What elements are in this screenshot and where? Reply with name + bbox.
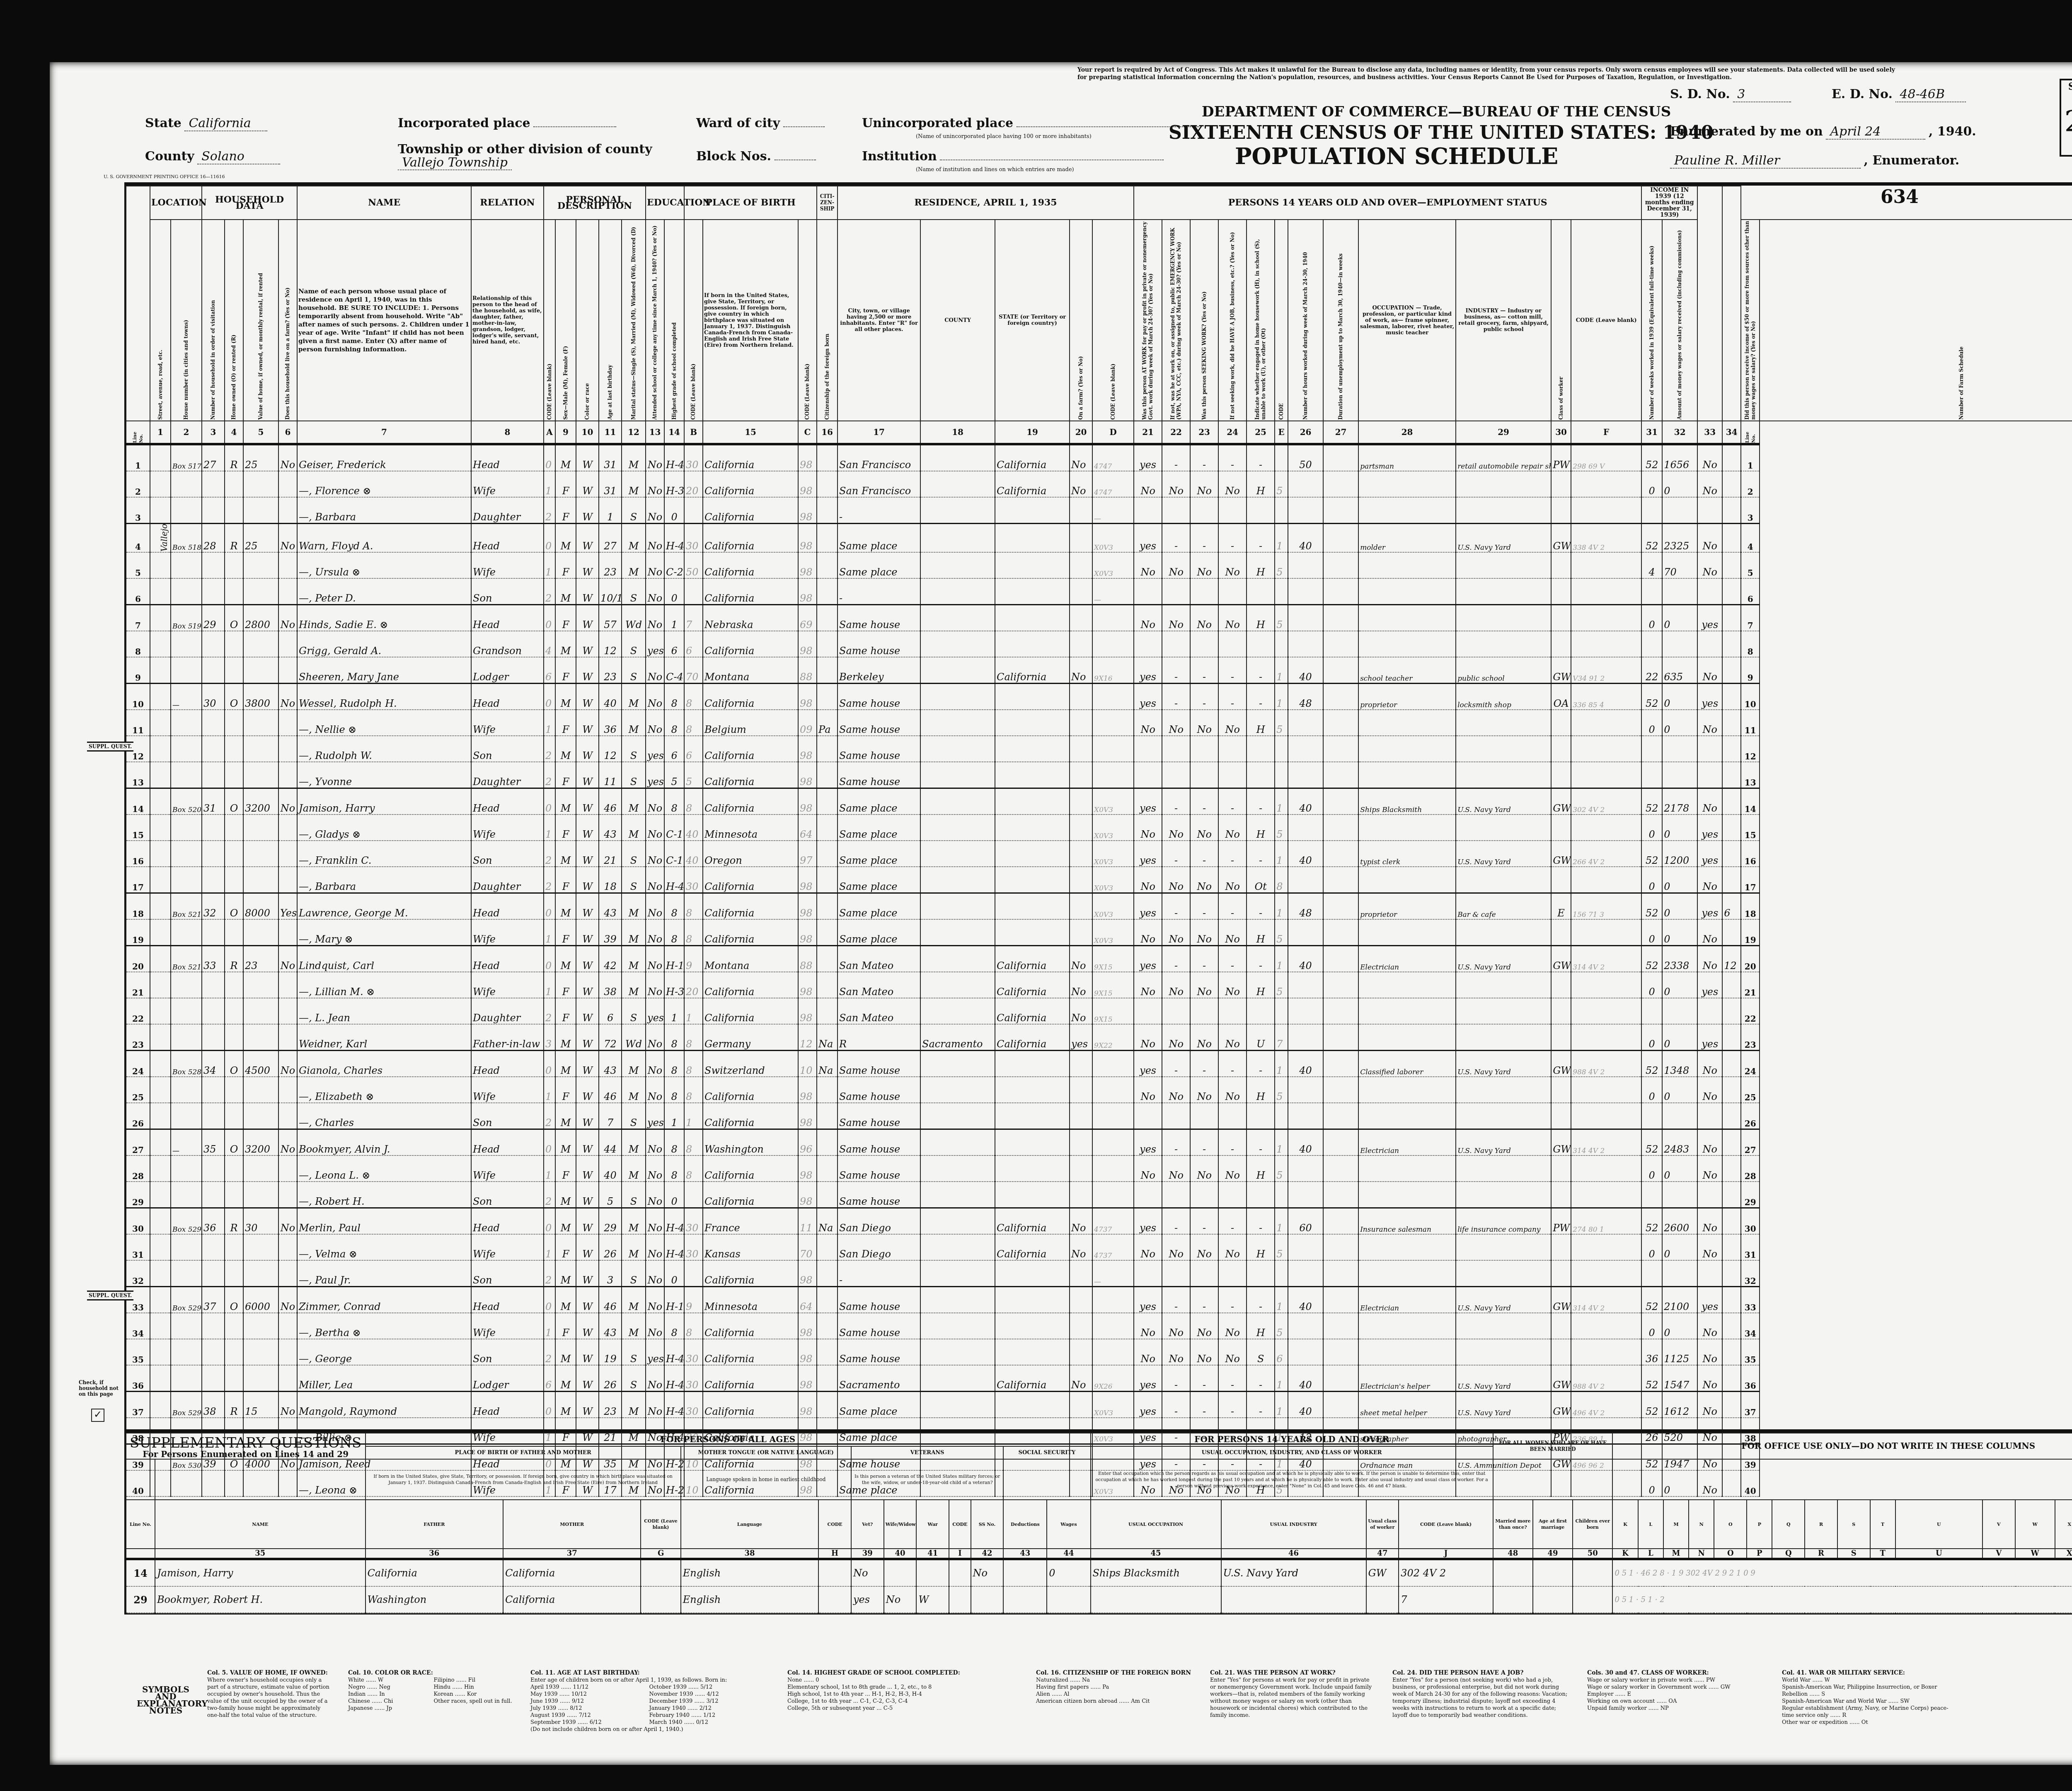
occupation [1358,1182,1456,1208]
person-name: Sheeren, Mary Jane [297,657,471,684]
home-value [243,1339,278,1365]
table-row: 16—, Franklin C.Son2MW21SNoC-140Oregon97… [126,841,2072,867]
industry: U.S. Navy Yard [1456,788,1551,815]
activity: - [1247,444,1275,471]
grade-completed: 1 [664,1103,684,1129]
street-cell [150,471,171,497]
block-field: Block Nos. [696,149,816,164]
house-number [171,841,202,867]
occupation [1358,1024,1456,1051]
column-number: 24 [1218,421,1247,444]
supp-column-label: NAME [155,1500,366,1549]
relation: Head [471,444,544,471]
has-job [1218,497,1247,524]
wages: 0 [1662,867,1697,893]
seeking-work [1190,1182,1218,1208]
race: W [576,1260,599,1287]
sex: F [555,605,576,631]
supp-m49 [1533,1586,1573,1613]
activity: H [1247,1313,1275,1339]
industry [1456,1155,1551,1182]
industry: locksmith shop [1456,684,1551,710]
hours-worked [1288,972,1323,998]
line-number: 23 [126,1024,150,1051]
line-number: 19 [1741,919,1760,946]
residence-1935-city: Sacramento [838,1365,920,1392]
birthplace: California [703,1103,798,1129]
home-value [243,1182,278,1208]
residence-1935-state: California [995,1365,1070,1392]
at-work: No [1134,1024,1162,1051]
residence-on-farm [1070,736,1092,762]
code-e [1275,1260,1288,1287]
column-desc: If not seeking work, did he HAVE A JOB, … [1218,220,1247,421]
citizenship [817,1234,838,1260]
code-c: 98 [798,1339,817,1365]
unemployment-duration [1323,524,1358,553]
farm-schedule [1722,1155,1741,1182]
citizenship [817,1287,838,1313]
has-job: - [1218,444,1247,471]
code-c: 98 [798,736,817,762]
has-job: No [1218,919,1247,946]
seeking-work: - [1190,1365,1218,1392]
unemployment-duration [1323,1313,1358,1339]
line-number: 1 [1741,444,1760,471]
seeking-work: No [1190,471,1218,497]
house-number [171,1313,202,1339]
class-of-worker: GW [1551,788,1571,815]
emergency-work: - [1162,1129,1190,1156]
code-a: 1 [544,1313,555,1339]
supp-column-label: Married more than once? [1493,1500,1533,1549]
has-job: - [1218,657,1247,684]
has-job: No [1218,552,1247,578]
seeking-work [1190,736,1218,762]
note-item: Unpaid family worker ...... NP [1587,1705,1761,1712]
marital-status: M [622,471,646,497]
farm-schedule [1722,919,1741,946]
table-row: 18Box 52132O8000YesLawrence, George M.He… [126,893,2072,920]
class-of-worker [1551,1234,1571,1260]
race: W [576,946,599,972]
line-number: 23 [1741,1024,1760,1051]
household-number: 34 [202,1051,225,1077]
code-f [1571,1260,1641,1287]
citizenship [817,1365,838,1392]
seeking-work: - [1190,524,1218,553]
activity: - [1247,524,1275,553]
column-desc: CODE [1275,220,1288,421]
residence-1935-county [920,1234,995,1260]
supp-column-label: USUAL OCCUPATION [1091,1500,1221,1549]
street-cell [150,1234,171,1260]
code-a: 4 [544,631,555,657]
column-number: F [1571,421,1641,444]
code-f [1571,1155,1641,1182]
department-title: DEPARTMENT OF COMMERCE—BUREAU OF THE CEN… [1202,104,1671,120]
residence-1935-state [995,684,1070,710]
home-owned-rented: R [225,1208,243,1235]
marital-status: M [622,684,646,710]
code-f [1571,631,1641,657]
school-attendance: No [646,552,664,578]
industry: U.S. Navy Yard [1456,1129,1551,1156]
person-name: Merlin, Paul [297,1208,471,1235]
marital-status: S [622,1339,646,1365]
birthplace: California [703,1260,798,1287]
home-value: 3200 [243,1129,278,1156]
age: 6 [599,998,622,1024]
occupation: Insurance salesman [1358,1208,1456,1235]
supp-column-number: V [1982,1549,2015,1559]
code-a: 0 [544,524,555,553]
unemployment-duration [1323,710,1358,736]
relation: Head [471,946,544,972]
code-c: 98 [798,471,817,497]
industry [1456,972,1551,998]
citizenship [817,497,838,524]
code-c: 98 [798,762,817,788]
column-number: 5 [243,421,278,444]
code-d: X0V3 [1092,815,1134,841]
birthplace: Montana [703,946,798,972]
home-value [243,631,278,657]
column-number: A [544,421,555,444]
birthplace: California [703,1077,798,1103]
column-number: 23 [1190,421,1218,444]
relation: Lodger [471,1365,544,1392]
supp-office: 0 5 1 · 5 1 · 2 [1612,1586,2072,1613]
house-number [171,1024,202,1051]
emergency-work: - [1162,524,1190,553]
code-a: 2 [544,1339,555,1365]
code-d: 9X15 [1092,972,1134,998]
supp-column-label: Wages [1047,1500,1090,1549]
race: W [576,684,599,710]
school-attendance: yes [646,1339,664,1365]
residence-on-farm [1070,1287,1092,1313]
code-d [1092,736,1134,762]
relation: Son [471,1103,544,1129]
race: W [576,1208,599,1235]
wages [1662,578,1697,605]
code-c: 97 [798,841,817,867]
unemployment-duration [1323,497,1358,524]
activity: H [1247,919,1275,946]
supp-column-number: M [1663,1549,1689,1559]
supp-column-number: 36 [366,1549,503,1559]
line-number: 24 [126,1051,150,1077]
class-of-worker [1551,1103,1571,1129]
person-name: Geiser, Frederick [297,444,471,471]
table-row: 12—, Rudolph W.Son2MW12Syes66California9… [126,736,2072,762]
column-desc: Number of Farm Schedule [1760,220,2072,421]
residence-1935-county [920,972,995,998]
residence-1935-city: Same place [838,524,920,553]
residence-1935-state: California [995,972,1070,998]
weeks-worked [1641,631,1662,657]
supp-column-number: 38 [681,1549,818,1559]
supp-column-label: MOTHER [503,1500,641,1549]
other-income [1697,1260,1722,1287]
activity: H [1247,1155,1275,1182]
home-owned-rented: R [225,1392,243,1418]
has-job [1218,998,1247,1024]
industry [1456,631,1551,657]
code-c: 12 [798,1024,817,1051]
person-name: —, Velma ⊗ [297,1234,471,1260]
code-d: 4737 [1092,1234,1134,1260]
home-owned-rented [225,815,243,841]
birthplace: California [703,867,798,893]
hours-worked: 40 [1288,524,1323,553]
residence-1935-city: Same house [838,1287,920,1313]
household-check-box[interactable]: ✓ [91,1409,104,1422]
seeking-work: - [1190,1287,1218,1313]
age: 40 [599,1155,622,1182]
farm-schedule [1722,1077,1741,1103]
table-row: 8Grigg, Gerald A.Grandson4MW12Syes66Cali… [126,631,2072,657]
residence-1935-state: California [995,444,1070,471]
code-d [1092,1339,1134,1365]
code-e: 5 [1275,552,1288,578]
line-number: 9 [1741,657,1760,684]
home-owned-rented [225,1339,243,1365]
code-e: 1 [1275,524,1288,553]
wages: 0 [1662,1155,1697,1182]
residence-1935-county [920,444,995,471]
column-desc: House number (in cities and towns) [171,220,202,421]
weeks-worked: 36 [1641,1339,1662,1365]
age: 46 [599,1077,622,1103]
sex: M [555,1051,576,1077]
column-number: 6 [278,421,297,444]
person-name: —, Florence ⊗ [297,471,471,497]
industry [1456,1313,1551,1339]
supp-column-label: K [1612,1500,1638,1549]
farm-schedule [1722,471,1741,497]
home-owned-rented [225,1024,243,1051]
relation: Wife [471,710,544,736]
column-number: 13 [646,421,664,444]
residence-1935-city: Same house [838,1103,920,1129]
other-income [1697,497,1722,524]
code-a: 2 [544,578,555,605]
citizenship [817,684,838,710]
seeking-work [1190,1103,1218,1129]
citizenship [817,1313,838,1339]
residence-on-farm [1070,631,1092,657]
school-attendance: No [646,1129,664,1156]
code-c: 98 [798,1313,817,1339]
has-job: No [1218,972,1247,998]
marital-status: M [622,1208,646,1235]
supp-column-number: S [1837,1549,1870,1559]
residence-on-farm [1070,1339,1092,1365]
birthplace: California [703,444,798,471]
home-value: 30 [243,1208,278,1235]
ed-value: 48-46B [1895,87,1966,102]
household-number [202,497,225,524]
birth-column-desc: If born in the United States, give State… [703,220,798,421]
race: W [576,815,599,841]
street-name: Vallejo Rd [150,524,171,553]
marital-status: M [622,1155,646,1182]
residence-1935-state [995,841,1070,867]
race: W [576,1155,599,1182]
wages [1662,1182,1697,1208]
supp-column-number: 39 [851,1549,884,1559]
code-d: X0V3 [1092,841,1134,867]
code-e: 5 [1275,710,1288,736]
residence-1935-city: San Mateo [838,972,920,998]
other-income: No [1697,1208,1722,1235]
supp-subtitle: For Persons Enumerated on Lines 14 and 2… [128,1451,364,1457]
residence-1935-city: Same house [838,1077,920,1103]
race: W [576,578,599,605]
grade-completed: H-4 [664,1234,684,1260]
residence-1935-state [995,762,1070,788]
note-item: White ...... W [348,1677,428,1684]
household-number [202,471,225,497]
farm-schedule [1722,657,1741,684]
other-income: yes [1697,972,1722,998]
column-number: 34 [1722,421,1741,444]
supp-column-label: USUAL INDUSTRY [1221,1500,1366,1549]
home-value [243,497,278,524]
occupation: proprietor [1358,893,1456,920]
hours-worked [1288,1339,1323,1365]
seeking-work: - [1190,657,1218,684]
occupation: partsman [1358,444,1456,471]
house-number [171,497,202,524]
other-income: yes [1697,815,1722,841]
code-b: 6 [684,736,703,762]
note-item: April 1939 ...... 11/12 [530,1684,644,1691]
activity [1247,497,1275,524]
marital-status: S [622,867,646,893]
at-work: yes [1134,657,1162,684]
home-owned-rented [225,1182,243,1208]
line-number: 24 [1741,1051,1760,1077]
industry [1456,1260,1551,1287]
class-of-worker [1551,919,1571,946]
code-e [1275,497,1288,524]
other-income: yes [1697,1287,1722,1313]
sheet-number: 2A [2061,104,2072,138]
person-name: —, Leona L. ⊗ [297,1155,471,1182]
township-value: Vallejo Township [398,156,512,170]
industry [1456,578,1551,605]
ward-field: Ward of city [696,116,825,131]
house-number [171,552,202,578]
household-number [202,919,225,946]
column-desc: Number of weeks worked in 1939 (Equivale… [1641,220,1662,421]
age: 38 [599,972,622,998]
farm-flag [278,552,297,578]
hours-worked [1288,710,1323,736]
street-cell [150,1051,171,1077]
unemployment-duration [1323,1260,1358,1287]
birthplace: Switzerland [703,1051,798,1077]
activity: H [1247,972,1275,998]
school-attendance: No [646,893,664,920]
has-job: - [1218,1051,1247,1077]
code-b: 30 [684,1208,703,1235]
farm-flag: No [278,788,297,815]
birthplace: California [703,578,798,605]
note-col41: Col. 41. WAR OR MILITARY SERVICE:World W… [1782,1670,1956,1726]
at-work: yes [1134,841,1162,867]
residence-1935-county [920,605,995,631]
supp-g [641,1559,680,1586]
household-number: 28 [202,524,225,553]
line-number: 21 [126,972,150,998]
supp-column-label: S [1837,1500,1870,1549]
supp-column-label: CODE (Leave blank) [1399,1500,1493,1549]
residence-1935-county [920,841,995,867]
citizenship: Na [817,1051,838,1077]
citizenship [817,762,838,788]
occupation [1358,998,1456,1024]
table-row: 19—, Mary ⊗Wife1FW39MNo88California98Sam… [126,919,2072,946]
home-value [243,552,278,578]
code-b: 8 [684,893,703,920]
emergency-work [1162,998,1190,1024]
residence-1935-city: San Diego [838,1208,920,1235]
farm-schedule [1722,631,1741,657]
home-owned-rented: O [225,893,243,920]
emergency-work: - [1162,684,1190,710]
supp-column-number: 47 [1366,1549,1399,1559]
code-a: 2 [544,736,555,762]
supp-column-number: 40 [884,1549,917,1559]
supp-cls: GW [1366,1559,1399,1586]
person-name: Warn, Floyd A. [297,524,471,553]
activity: - [1247,1392,1275,1418]
sex: M [555,631,576,657]
column-number: 19 [995,421,1070,444]
supp-column-label: O [1714,1500,1747,1549]
emergency-work [1162,1260,1190,1287]
other-income: No [1697,1392,1722,1418]
activity: - [1247,788,1275,815]
supp-line: 14 [126,1559,155,1586]
code-a: 3 [544,1024,555,1051]
house-number: Box 517 [171,444,202,471]
citizenship [817,972,838,998]
farm-schedule [1722,1392,1741,1418]
relation: Wife [471,1313,544,1339]
household-number [202,552,225,578]
home-value [243,919,278,946]
person-name: —, Peter D. [297,578,471,605]
household-number [202,972,225,998]
weeks-worked: 0 [1641,1313,1662,1339]
supp-usual-occ-title: USUAL OCCUPATION, INDUSTRY, AND CLASS OF… [1091,1446,1493,1460]
column-number: Line No. [126,421,150,444]
weeks-worked: 0 [1641,710,1662,736]
code-c: 98 [798,1155,817,1182]
supp-column-number: 45 [1091,1549,1221,1559]
marital-status: M [622,788,646,815]
hours-worked [1288,552,1323,578]
table-row: 10—30O3800NoWessel, Rudolph H.Head0MW40M… [126,684,2072,710]
unemployment-duration [1323,841,1358,867]
relation: Wife [471,1155,544,1182]
residence-1935-county [920,1077,995,1103]
